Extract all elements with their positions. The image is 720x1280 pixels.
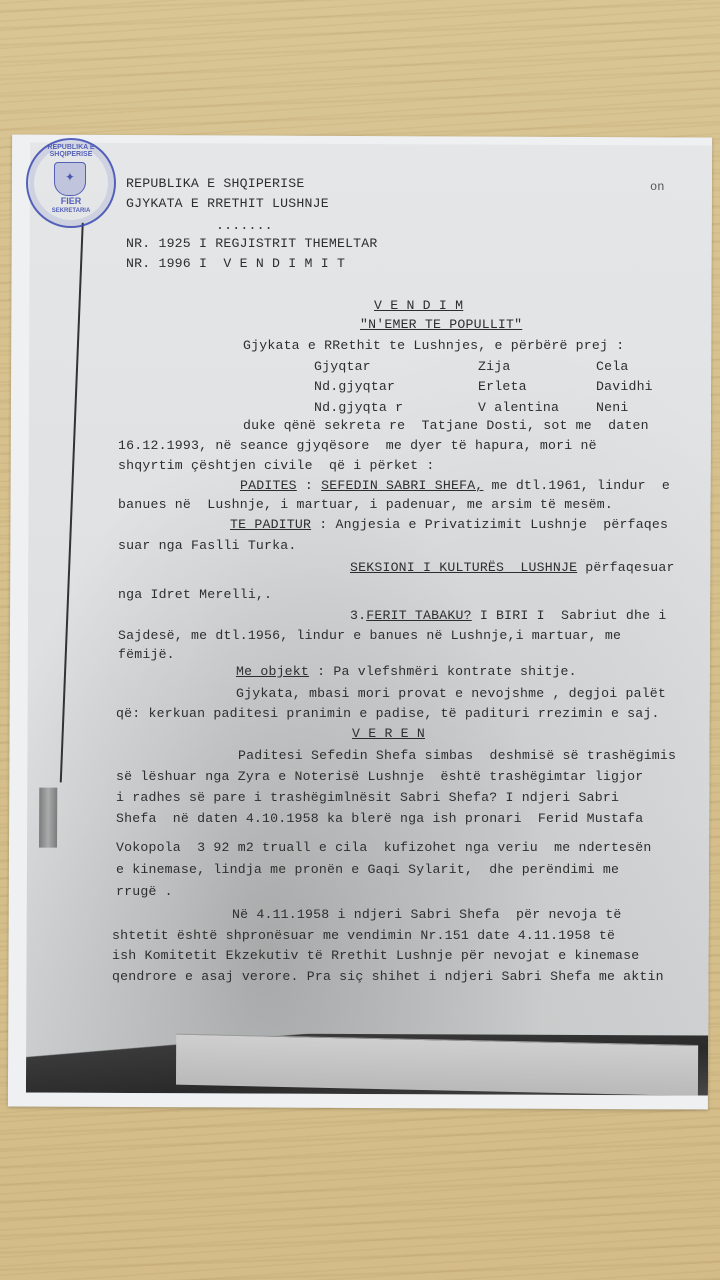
text-line: shqyrtim çështjen civile që i përket : <box>118 458 434 473</box>
margin-line <box>60 223 84 783</box>
panel-first-name: Zija <box>478 359 510 374</box>
plaintiff-line: PADITES : SEFEDIN SABRI SHEFA, me dtl.19… <box>240 478 670 493</box>
object-details: : Pa vlefshmëri kontrate shitje. <box>309 664 577 679</box>
court-intro: Gjykata e RRethit te Lushnjes, e përbërë… <box>243 338 624 353</box>
corner-mark: on <box>650 180 664 194</box>
seal-bottom-text: SEKRETARIA <box>28 208 114 214</box>
plaintiff-label: PADITES <box>240 478 297 493</box>
third-party-details: I BIRI I Sabriut dhe i <box>472 608 667 623</box>
header-court: GJYKATA E RRETHIT LUSHNJE <box>126 196 329 211</box>
seal-shield-icon: ✦ <box>54 162 86 196</box>
document-subtitle: "N'EMER TE POPULLIT" <box>360 317 522 332</box>
text-line: Paditesi Sefedin Shefa simbas deshmisë s… <box>238 748 676 763</box>
header-separator: ....... <box>216 218 273 233</box>
header-republic: REPUBLIKA E SHQIPERISE <box>126 176 305 191</box>
panel-role: Nd.gjyqtar <box>314 379 395 394</box>
veren-heading: V E R E N <box>352 726 425 741</box>
eagle-emblem-icon: ✦ <box>55 166 85 186</box>
text-line: suar nga Faslli Turka. <box>118 538 297 553</box>
object-line: Me objekt : Pa vlefshmëri kontrate shitj… <box>236 664 577 679</box>
text-line: 16.12.1993, në seance gjyqësore me dyer … <box>118 438 597 453</box>
text-line: duke qënë sekreta re Tatjane Dosti, sot … <box>243 418 649 433</box>
text-line: qendrore e asaj verore. Pra siç shihet i… <box>112 969 664 984</box>
defendant-line: TE PADITUR : Angjesia e Privatizimit Lus… <box>230 517 668 532</box>
text-line: i radhes së pare i trashëgimlnësit Sabri… <box>116 790 619 805</box>
text-line: Vokopola 3 92 m2 truall e cila kufizohet… <box>116 840 652 855</box>
text-line: rrugë . <box>116 884 173 899</box>
decision-number: NR. 1996 I V E N D I M I T <box>126 256 345 271</box>
defendant-label: TE PADITUR <box>230 517 311 532</box>
third-prefix: 3. <box>350 608 366 623</box>
text-line: që: kerkuan paditesi pranimin e padise, … <box>116 706 660 721</box>
text-line: së lëshuar nga Zyra e Noterisë Lushnje ë… <box>116 769 643 784</box>
plaintiff-name: SEFEDIN SABRI SHEFA, <box>321 478 483 493</box>
third-party-line: 3.FERIT TABAKU? I BIRI I Sabriut dhe i <box>350 608 666 623</box>
section-name: SEKSIONI I KULTURËS LUSHNJE <box>350 560 577 575</box>
text-line: shtetit është shpronësuar me vendimin Nr… <box>112 928 615 943</box>
stacked-pages-edge <box>176 1034 698 1096</box>
text-line: Sajdesë, me dtl.1956, lindur e banues në… <box>118 628 621 643</box>
text-line: e kinemase, lindja me pronën e Gaqi Syla… <box>116 862 619 877</box>
plaintiff-details: me dtl.1961, lindur e <box>483 478 670 493</box>
panel-first-name: V alentina <box>478 400 559 415</box>
panel-last-name: Cela <box>596 359 628 374</box>
text-line: Shefa në daten 4.10.1958 ka blerë nga is… <box>116 811 643 826</box>
seal-ring-text: REPUBLIKA E SHQIPERISE <box>28 144 114 158</box>
object-label: Me objekt <box>236 664 309 679</box>
panel-role: Nd.gjyqta r <box>314 400 403 415</box>
defendant-details: : Angjesia e Privatizimit Lushnje përfaq… <box>311 517 668 532</box>
document-title: V E N D I M <box>374 298 463 313</box>
section-details: përfaqesuar <box>577 560 674 575</box>
panel-last-name: Davidhi <box>596 379 653 394</box>
panel-last-name: Neni <box>596 400 628 415</box>
text-line: Gjykata, mbasi mori provat e nevojshme ,… <box>236 686 666 701</box>
text-line: banues në Lushnje, i martuar, i padenuar… <box>118 497 613 512</box>
page-bottom-shadow <box>26 1033 708 1096</box>
text-line: Në 4.11.1958 i ndjeri Sabri Shefa për ne… <box>232 907 621 922</box>
court-seal-stamp: REPUBLIKA E SHQIPERISE ✦ FIER SEKRETARIA <box>26 138 116 228</box>
section-line: SEKSIONI I KULTURËS LUSHNJE përfaqesuar <box>350 560 675 575</box>
third-party-name: FERIT TABAKU? <box>366 608 471 623</box>
text-line: ish Komitetit Ekzekutiv të Rrethit Lushn… <box>112 948 639 963</box>
staple-mark <box>39 788 57 848</box>
panel-first-name: Erleta <box>478 379 527 394</box>
panel-role: Gjyqtar <box>314 359 371 374</box>
register-number: NR. 1925 I REGJISTRIT THEMELTAR <box>126 236 378 251</box>
text-line: fëmijë. <box>118 647 175 662</box>
seal-city: FIER <box>28 196 114 206</box>
text-line: nga Idret Merelli,. <box>118 587 272 602</box>
